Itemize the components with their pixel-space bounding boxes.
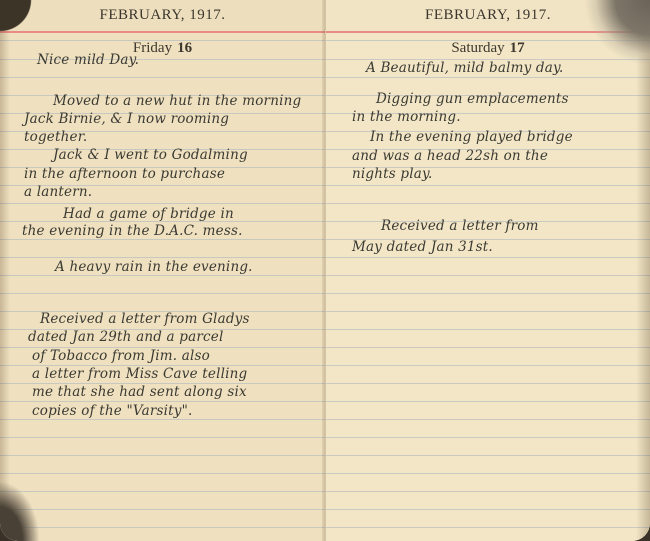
right-day-number: 17 <box>510 40 525 56</box>
left-page: FEBRUARY, 1917. Friday16 Nice mild Day.M… <box>0 0 325 541</box>
handwritten-line: Had a game of bridge in <box>63 206 234 222</box>
right-page: FEBRUARY, 1917. Saturday17 A Beautiful, … <box>326 0 650 541</box>
left-month-header: FEBRUARY, 1917. <box>0 7 325 24</box>
handwritten-line: and was a head 22sh on the <box>352 148 548 164</box>
handwritten-line: dated Jan 29th and a parcel <box>28 329 224 345</box>
handwritten-line: nights play. <box>352 166 433 182</box>
handwritten-line: In the evening played bridge <box>370 129 573 145</box>
handwritten-line: Moved to a new hut in the morning <box>53 93 301 109</box>
handwritten-line: a letter from Miss Cave telling <box>32 366 247 382</box>
handwritten-line: the evening in the D.A.C. mess. <box>22 223 243 239</box>
handwritten-line: in the morning. <box>352 109 461 125</box>
handwritten-line: A heavy rain in the evening. <box>55 259 253 275</box>
handwritten-line: in the afternoon to purchase <box>24 166 225 182</box>
handwritten-line: Received a letter from <box>381 218 539 234</box>
handwritten-line: me that she had sent along six <box>32 384 247 400</box>
handwritten-line: a lantern. <box>24 184 92 200</box>
worn-corner-bottom-left <box>0 481 40 541</box>
handwritten-line: Nice mild Day. <box>37 52 139 68</box>
left-day-number: 16 <box>177 40 192 56</box>
handwritten-line: Digging gun emplacements <box>376 91 569 107</box>
handwritten-line: Received a letter from Gladys <box>40 311 250 327</box>
handwritten-line: copies of the "Varsity". <box>32 403 193 419</box>
handwritten-line: Jack Birnie, & I now rooming <box>24 111 229 127</box>
handwritten-line: Jack & I went to Godalming <box>53 147 248 163</box>
handwritten-line: together. <box>24 129 87 145</box>
worn-corner-top-left <box>0 0 36 36</box>
left-edge-shadow <box>0 0 10 541</box>
right-edge-shadow <box>636 0 650 541</box>
diary-spread: FEBRUARY, 1917. Friday16 Nice mild Day.M… <box>0 0 650 541</box>
right-weekday: Saturday <box>451 40 504 56</box>
worn-corner-top-right <box>580 0 650 70</box>
handwritten-line: A Beautiful, mild balmy day. <box>366 60 564 76</box>
handwritten-line: of Tobacco from Jim. also <box>32 348 210 364</box>
handwritten-line: May dated Jan 31st. <box>352 239 493 255</box>
left-red-rule <box>0 31 325 33</box>
